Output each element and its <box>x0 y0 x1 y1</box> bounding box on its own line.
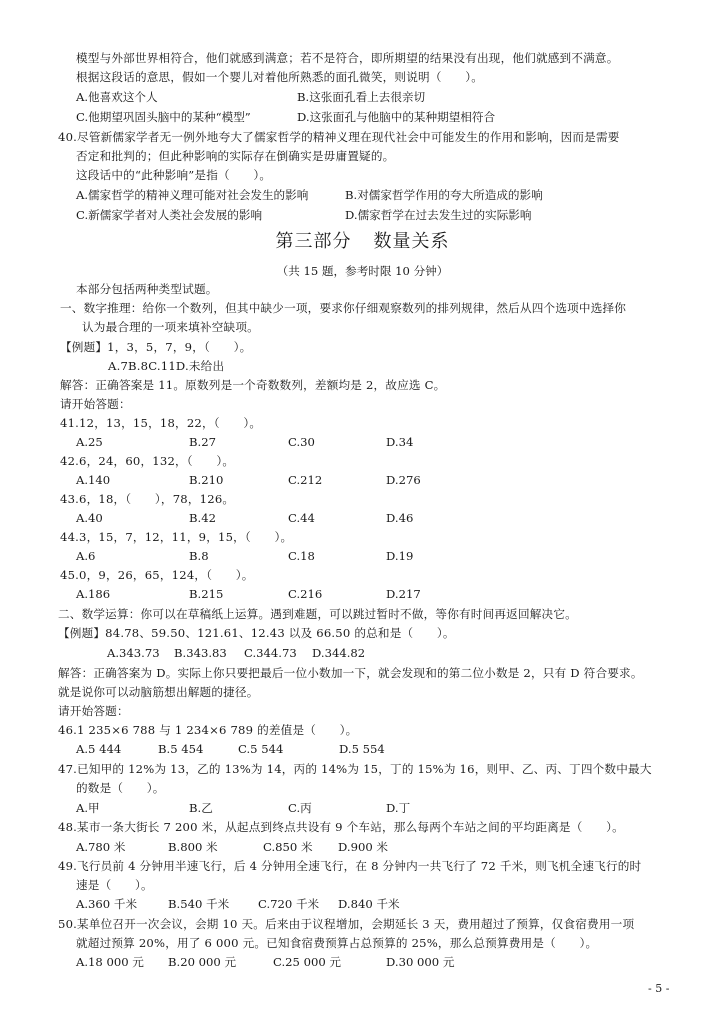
part1-example-answer: 解答：正确答案是 11。原数列是一个奇数数列，差额均是 2，故应选 C。 <box>60 376 445 394</box>
q45-option-a: A.186 <box>76 585 110 603</box>
q48-option-d: D.900 米 <box>338 838 388 856</box>
q46-option-c: C.5 544 <box>238 740 283 758</box>
q49-stem-line-2: 速是（ ）。 <box>76 876 153 894</box>
q49-option-a: A.360 千米 <box>76 895 137 913</box>
q40-option-a: A.儒家哲学的精神义理可能对社会发生的影响 <box>76 186 308 204</box>
part1-example-options: A.7B.8C.11D.未给出 <box>108 357 224 375</box>
q44-option-a: A.6 <box>76 547 95 565</box>
q49-option-c: C.720 千米 <box>258 895 319 913</box>
q39-text-line: 模型与外部世界相符合，他们就感到满意；若不是符合，即所期望的结果没有出现，他们就… <box>76 49 619 67</box>
q43-option-d: D.46 <box>386 509 413 527</box>
part2-example-option-b: B.343.83 <box>174 644 227 662</box>
q48-option-c: C.850 米 <box>263 838 313 856</box>
q50-option-d: D.30 000 元 <box>386 953 454 971</box>
q41-option-c: C.30 <box>288 433 315 451</box>
part1-start-prompt: 请开始答题： <box>60 395 131 413</box>
q44-option-c: C.18 <box>288 547 315 565</box>
exam-page: 模型与外部世界相符合，他们就感到满意；若不是符合，即所期望的结果没有出现，他们就… <box>0 0 725 1024</box>
part2-instruction: 二、数学运算：你可以在草稿纸上运算。遇到难题，可以跳过暂时不做，等你有时间再返回… <box>58 605 577 623</box>
part2-start-prompt: 请开始答题： <box>58 702 129 720</box>
q45-option-b: B.215 <box>189 585 223 603</box>
q47-option-c: C.丙 <box>288 799 312 817</box>
q43-option-a: A.40 <box>76 509 103 527</box>
q47-option-b: B.乙 <box>189 799 213 817</box>
q42-option-c: C.212 <box>288 471 322 489</box>
q50-stem-line-1: 50.某单位召开一次会议，会期 10 天。后来由于议程增加，会期延长 3 天，费… <box>58 915 634 933</box>
q39-option-b: B.这张面孔看上去很亲切 <box>297 88 425 106</box>
q43-stem: 43.6，18，（ ），78，126。 <box>60 490 234 508</box>
q40-stem-line-2: 否定和批判的；但此种影响的实际存在倒确实是毋庸置疑的。 <box>76 147 394 165</box>
part1-example: 【例题】1，3，5，7，9，（ ）。 <box>60 338 251 356</box>
q50-option-c: C.25 000 元 <box>273 953 341 971</box>
q39-option-a: A.他喜欢这个人 <box>76 88 158 106</box>
q47-option-d: D.丁 <box>386 799 410 817</box>
q48-option-b: B.800 米 <box>168 838 218 856</box>
q39-option-c: C.他期望巩固头脑中的某种“模型” <box>76 108 251 126</box>
page-number: - 5 - <box>648 982 669 995</box>
q50-option-a: A.18 000 元 <box>76 953 144 971</box>
part2-answer-line-1: 解答：正确答案为 D。实际上你只要把最后一位小数加一下，就会发现和的第二位小数是… <box>58 664 643 682</box>
q44-stem: 44.3，15，7，12，11，9，15，（ ）。 <box>60 528 292 546</box>
q49-option-d: D.840 千米 <box>338 895 400 913</box>
section-name: 数量关系 <box>374 230 450 254</box>
q46-option-b: B.5 454 <box>158 740 203 758</box>
q50-stem-line-2: 就超过预算 20%，用了 6 000 元。已知食宿费预算占总预算的 25%，那么… <box>76 934 597 952</box>
part2-example: 【例题】84.78、59.50、121.61、12.43 以及 66.50 的总… <box>58 624 455 642</box>
q41-option-a: A.25 <box>76 433 103 451</box>
q42-option-a: A.140 <box>76 471 110 489</box>
q44-option-b: B.8 <box>189 547 209 565</box>
q48-stem: 48.某市一条大街长 7 200 米，从起点到终点共设有 9 个车站，那么每两个… <box>58 818 624 836</box>
q45-option-d: D.217 <box>386 585 421 603</box>
part2-example-option-c: C.344.73 <box>244 644 297 662</box>
section-title: 第三部分数量关系 <box>0 230 725 254</box>
q47-option-a: A.甲 <box>76 799 100 817</box>
q40-stem-line-3: 这段话中的“此种影响”是指（ ）。 <box>76 166 271 184</box>
q40-option-b: B.对儒家哲学作用的夸大所造成的影响 <box>345 186 543 204</box>
q39-option-d: D.这张面孔与他脑中的某种期望相符合 <box>297 108 495 126</box>
q45-stem: 45.0，9，26，65，124，（ ）。 <box>60 566 254 584</box>
part2-answer-line-2: 就是说你可以动脑筋想出解题的捷径。 <box>58 683 259 701</box>
q43-option-c: C.44 <box>288 509 315 527</box>
section-subtitle: （共 15 题，参考时限 10 分钟） <box>0 262 725 280</box>
q44-option-d: D.19 <box>386 547 413 565</box>
q50-option-b: B.20 000 元 <box>168 953 236 971</box>
q47-stem-line-2: 的数是（ ）。 <box>76 779 165 797</box>
part2-example-option-d: D.344.82 <box>312 644 365 662</box>
q41-option-d: D.34 <box>386 433 413 451</box>
q47-stem-line-1: 47.已知甲的 12%为 13，乙的 13%为 14，丙的 14%为 15，丁的… <box>58 760 652 778</box>
q46-stem: 46.1 235×6 788 与 1 234×6 789 的差值是（ ）。 <box>58 721 357 739</box>
q49-stem-line-1: 49.飞行员前 4 分钟用半速飞行，后 4 分钟用全速飞行，在 8 分钟内一共飞… <box>58 857 641 875</box>
q45-option-c: C.216 <box>288 585 322 603</box>
q39-question-line: 根据这段话的意思，假如一个婴儿对着他所熟悉的面孔微笑，则说明（ ）。 <box>76 68 483 86</box>
q42-option-d: D.276 <box>386 471 421 489</box>
q42-stem: 42.6，24，60，132，（ ）。 <box>60 452 234 470</box>
q41-stem: 41.12，13，15，18，22，（ ）。 <box>60 414 261 432</box>
q43-option-b: B.42 <box>189 509 216 527</box>
part1-instruction-line-2: 认为最合理的一项来填补空缺项。 <box>82 318 259 336</box>
q46-option-a: A.5 444 <box>76 740 121 758</box>
q40-stem-line-1: 40.尽管新儒家学者无一例外地夸大了儒家哲学的精神义理在现代社会中可能发生的作用… <box>58 128 620 146</box>
section-part-label: 第三部分 <box>276 230 352 254</box>
part1-instruction-line-1: 一、数字推理：给你一个数列，但其中缺少一项，要求你仔细观察数列的排列规律，然后从… <box>60 299 626 317</box>
q42-option-b: B.210 <box>189 471 223 489</box>
part2-example-option-a: A.343.73 <box>107 644 160 662</box>
q40-option-c: C.新儒家学者对人类社会发展的影响 <box>76 206 262 224</box>
q48-option-a: A.780 米 <box>76 838 125 856</box>
q46-option-d: D.5 554 <box>339 740 385 758</box>
q41-option-b: B.27 <box>189 433 216 451</box>
section-intro: 本部分包括两种类型试题。 <box>76 280 218 298</box>
q40-option-d: D.儒家哲学在过去发生过的实际影响 <box>345 206 531 224</box>
q49-option-b: B.540 千米 <box>168 895 229 913</box>
